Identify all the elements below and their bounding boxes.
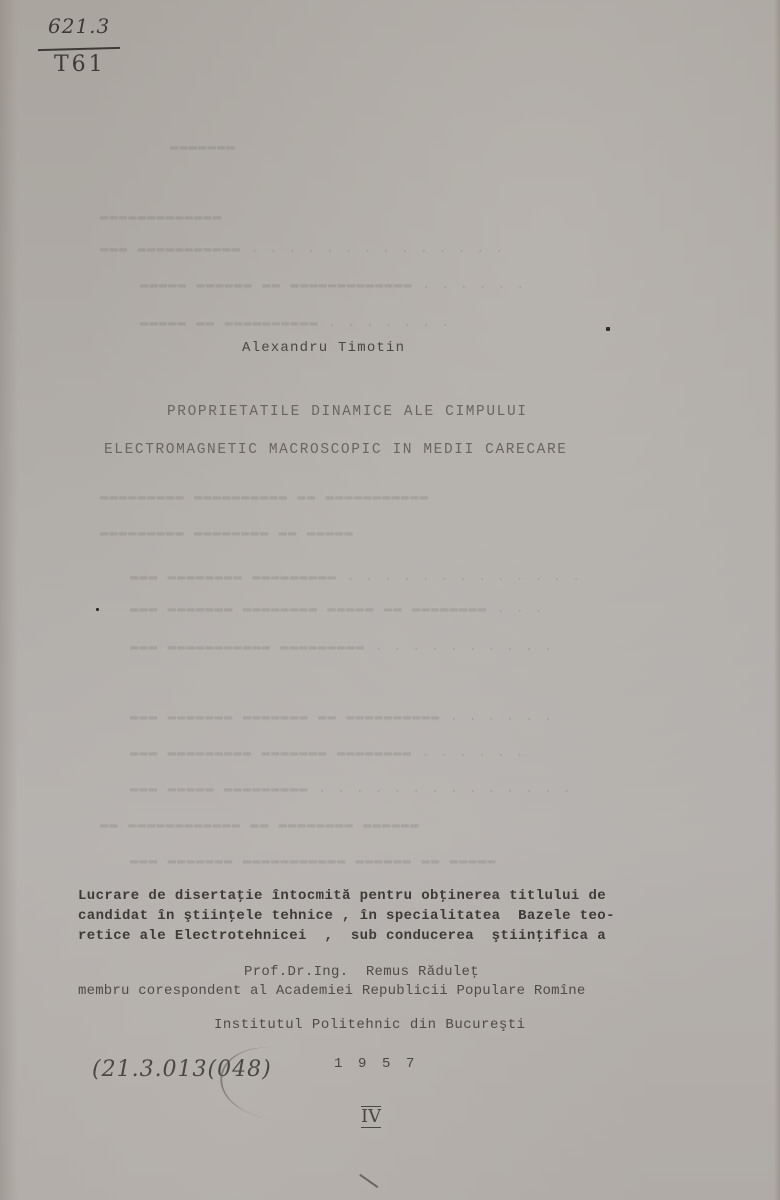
volume-mark: IV — [361, 1106, 381, 1128]
year-digit: 5 — [382, 1056, 406, 1072]
paper-speck — [606, 327, 610, 331]
institution-name: Institutul Politehnic din Bucureşti — [214, 1017, 526, 1033]
pencil-tick-mark — [360, 1174, 379, 1188]
description-line-1: Lucrare de disertaţie întocmită pentru o… — [78, 886, 615, 906]
year-digit: 9 — [358, 1056, 382, 1072]
scientific-advisor: Prof.Dr.Ing. Remus Răduleţ — [244, 964, 479, 980]
handwritten-call-number: 621.3 T61 — [38, 14, 122, 74]
author-name: Alexandru Timotin — [242, 340, 405, 356]
thesis-title-line-2: ELECTROMAGNETIC MACROSCOPIC IN MEDII CAR… — [104, 442, 568, 458]
description-line-2: candidat în ştiinţele tehnice , în speci… — [78, 906, 615, 926]
advisor-affiliation: membru corespondent al Academiei Republi… — [78, 983, 585, 999]
scanned-document-page: ▬▬▬▬▬▬▬ ▬▬▬▬▬▬▬▬▬▬▬▬▬ ▬▬▬ ▬▬▬▬▬▬▬▬▬▬▬ . … — [0, 0, 780, 1200]
year-digit: 1 — [334, 1056, 358, 1072]
pencil-bracket-stroke — [216, 1041, 327, 1125]
call-number-fraction-bar — [38, 47, 120, 51]
page-right-edge — [774, 0, 780, 1200]
thesis-title-line-1: PROPRIETATILE DINAMICE ALE CIMPULUI — [167, 404, 528, 420]
page-left-edge-shadow — [0, 0, 18, 1200]
description-line-3: retice ale Electrotehnicei , sub conduce… — [78, 926, 615, 946]
call-number-numerator: 621.3 — [48, 14, 110, 38]
publication-year: 1957 — [334, 1056, 430, 1072]
dissertation-description: Lucrare de disertaţie întocmită pentru o… — [78, 886, 615, 946]
call-number-denominator: T61 — [54, 52, 106, 77]
year-digit: 7 — [406, 1056, 430, 1072]
paper-speck — [96, 608, 99, 611]
